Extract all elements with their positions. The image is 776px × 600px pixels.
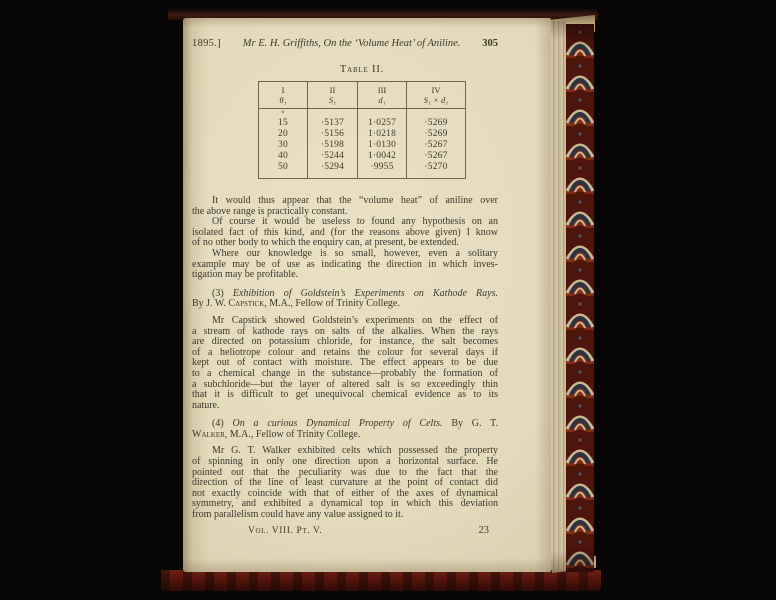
text-line: It would thus appear that the “volume he… — [192, 196, 498, 207]
col1-symbol: θ₁ — [259, 95, 307, 105]
table-cell: ·5269 — [406, 118, 465, 129]
table-cell: ·9955 — [357, 162, 406, 173]
byline-suffix: , M.A., Fellow of Trinity College. — [225, 429, 361, 440]
col4-numeral: IV — [407, 85, 465, 95]
table-cell: 20 — [259, 129, 307, 140]
degree-mark: ° — [259, 109, 307, 118]
table-cell: 40 — [259, 151, 307, 162]
table-cell: ·5270 — [406, 162, 465, 173]
byline-suffix: , M.A., Fellow of Trinity College. — [264, 298, 400, 309]
table-cell: ·5137 — [307, 118, 357, 129]
table-cell: ·5269 — [406, 129, 465, 140]
author-name: Capstick — [228, 298, 264, 309]
table-cell: 1·0218 — [357, 129, 406, 140]
data-table: I θ₁ II S₁ III d₁ IV S₁ × d₁ — [258, 81, 466, 179]
heading-line: By J. W. Capstick, M.A., Fellow of Trini… — [192, 299, 498, 310]
table-cell: ·5198 — [307, 140, 357, 151]
table-header-col1: I θ₁ — [259, 82, 307, 108]
table-header-col2: II S₁ — [307, 82, 357, 108]
author-name: Walker — [192, 429, 225, 440]
book-cover-bottom-edge — [161, 570, 601, 591]
table-cell: ·5294 — [307, 162, 357, 173]
table-cell: 1·0042 — [357, 151, 406, 162]
marbled-fore-edge-pattern — [566, 24, 594, 572]
page-content: 1895.] Mr E. H. Griffiths, On the ‘Volum… — [192, 38, 498, 536]
col3-numeral: III — [358, 85, 406, 95]
running-head-title: Mr E. H. Griffiths, On the ‘Volume Heat’… — [243, 38, 461, 49]
text-line: from parallelism could have any value as… — [192, 510, 498, 521]
table-wrapper: I θ₁ II S₁ III d₁ IV S₁ × d₁ — [258, 81, 466, 179]
intro-paragraphs: It would thus appear that the “volume he… — [192, 196, 498, 281]
running-head-year: 1895.] — [192, 38, 221, 49]
table-caption: Table II. — [258, 64, 466, 75]
table-cell: ·5156 — [307, 129, 357, 140]
text-line: that it is difficult to get unequivocal … — [192, 390, 498, 401]
table-cell: ·5267 — [406, 140, 465, 151]
section-4-heading: (4) On a curious Dynamical Property of C… — [192, 419, 498, 440]
page-footer: Vol. VIII. Pt. V. 23 — [192, 525, 498, 536]
section-3-body: Mr Capstick showed Goldstein’s experimen… — [192, 316, 498, 411]
table-cell: 15 — [259, 118, 307, 129]
col3-symbol: d₁ — [358, 95, 406, 105]
running-head-page-number: 305 — [482, 38, 498, 49]
table-header-col3: III d₁ — [357, 82, 406, 108]
running-head: 1895.] Mr E. H. Griffiths, On the ‘Volum… — [192, 38, 498, 51]
section-title: On a curious Dynamical Property of Celts… — [233, 418, 443, 429]
book-page: 1895.] Mr E. H. Griffiths, On the ‘Volum… — [183, 18, 551, 572]
byline-prefix: By J. W. — [192, 298, 226, 309]
text-line: Mr Capstick showed Goldstein’s experimen… — [192, 316, 498, 327]
page-edges-stack — [551, 21, 566, 570]
col1-numeral: I — [259, 85, 307, 95]
marbled-fore-edge — [566, 24, 594, 572]
col4-symbol: S₁ × d₁ — [407, 95, 465, 105]
table-cell: 50 — [259, 162, 307, 173]
col2-numeral: II — [308, 85, 357, 95]
footer-page-number: 23 — [479, 525, 490, 536]
section-3-heading: (3) Exhibition of Goldstein’s Experiment… — [192, 289, 498, 310]
col2-symbol: S₁ — [308, 95, 357, 105]
text-line: nature. — [192, 401, 498, 412]
section-number: (3) — [212, 288, 224, 299]
table-header-col4: IV S₁ × d₁ — [406, 82, 465, 108]
table-cell: ·5267 — [406, 151, 465, 162]
text-line: Where our knowledge is so small, however… — [192, 249, 498, 260]
section-4-body: Mr G. T. Walker exhibited celts which po… — [192, 446, 498, 520]
table-cell: 30 — [259, 140, 307, 151]
section-number: (4) — [212, 418, 224, 429]
byline-inline: By G. T. — [451, 418, 498, 429]
book-photograph: 1895.] Mr E. H. Griffiths, On the ‘Volum… — [0, 0, 776, 600]
table-cell: ·5244 — [307, 151, 357, 162]
text-line: tigation may be profitable. — [192, 270, 498, 281]
text-line: to a chemical change in the substance—pr… — [192, 369, 498, 380]
table-cell: 1·0130 — [357, 140, 406, 151]
heading-line: Walker, M.A., Fellow of Trinity College. — [192, 430, 498, 441]
section-title: Exhibition of Goldstein’s Experiments on… — [233, 288, 498, 299]
table-cell: 1·0257 — [357, 118, 406, 129]
volume-signature: Vol. VIII. Pt. V. — [248, 526, 322, 536]
